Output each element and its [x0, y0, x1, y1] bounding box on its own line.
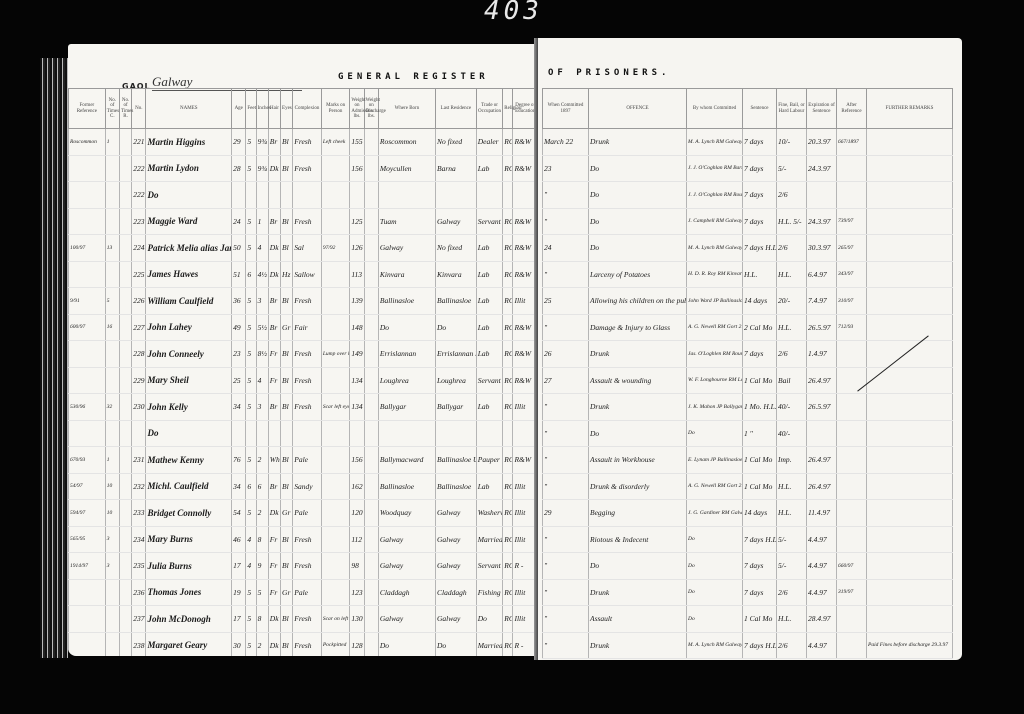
cell-fine: H.L. 5/- [777, 208, 807, 235]
cell-hair: Br [268, 288, 280, 315]
cell-remarks [867, 341, 953, 368]
cell-fine: H.L. [777, 261, 807, 288]
cell-times: 5 [105, 288, 119, 315]
cell-expiration [807, 182, 837, 209]
cell-sentence: 1 Mo. H.L. [743, 394, 777, 421]
cell-empty [119, 500, 131, 527]
cell-eyes [281, 182, 293, 209]
cell-after-ref: 712/93 [837, 314, 867, 341]
cell-times: 3 [105, 526, 119, 553]
cell-residence: Ballinasloe [435, 288, 476, 315]
cell-eyes: Bl [281, 553, 293, 580]
cell-age: 30 [232, 632, 246, 656]
register-row: "Drunk & disorderlyA. G. Newell RM Gort … [543, 473, 953, 500]
cell-after-ref [837, 420, 867, 447]
cell-by-whom: J. J. O'Coghlan RM Barna 4.2.97 [687, 155, 743, 182]
cell-wt-out [364, 261, 378, 288]
register-row: 228John Conneely2358½FrBlFreshLump over … [69, 341, 538, 368]
cell-offence: Assault & wounding [589, 367, 687, 394]
cell-sentence: 7 days [743, 182, 777, 209]
cell-former-ref: 565/95 [69, 526, 106, 553]
cell-religion [503, 420, 513, 447]
cell-expiration: 4.4.97 [807, 553, 837, 580]
cell-committed: 26 [543, 341, 589, 368]
cell-hair: Br [268, 314, 280, 341]
column-header: When Committed 1897 [543, 89, 589, 129]
cell-committed: " [543, 632, 589, 659]
cell-sentence: 1 Cal Mo [743, 606, 777, 633]
cell-sentence: 14 days [743, 500, 777, 527]
cell-after-ref: 660/97 [837, 553, 867, 580]
cell-age: 51 [232, 261, 246, 288]
register-row: 565/953234Mary Burns4648FrBlFresh112Galw… [69, 526, 538, 553]
cell-complexion: Fresh [293, 632, 322, 656]
cell-wt-out [364, 208, 378, 235]
cell-age: 17 [232, 606, 246, 633]
cell-remarks: Paid Fines before discharge 29.3.97 [867, 632, 953, 659]
cell-committed: " [543, 473, 589, 500]
cell-remarks [867, 553, 953, 580]
cell-in: 9 [256, 553, 268, 580]
cell-empty [119, 632, 131, 656]
cell-trade: Dealer [476, 129, 503, 156]
cell-residence: No fixed [435, 235, 476, 262]
cell-offence: Assault [589, 606, 687, 633]
cell-eyes: Bl [281, 473, 293, 500]
cell-marks: 97/92 [321, 235, 350, 262]
cell-marks [321, 261, 350, 288]
cell-age: 49 [232, 314, 246, 341]
cell-residence: Loughrea [435, 367, 476, 394]
cell-trade: Lab [476, 341, 503, 368]
cell-marks [321, 367, 350, 394]
cell-residence: Galway [435, 500, 476, 527]
cell-marks: Lump over left eye [321, 341, 350, 368]
register-row: "Assault in WorkhouseE. Lynam JP Ballina… [543, 447, 953, 474]
cell-ft: 5 [246, 129, 256, 156]
cell-wt-out [364, 288, 378, 315]
cell-marks: Pockpitted [321, 632, 350, 656]
column-header: Inches [256, 89, 268, 129]
cell-eyes: Bl [281, 632, 293, 656]
cell-expiration: 6.4.97 [807, 261, 837, 288]
register-row: 9/915226William Caulfield3653BrBlFresh13… [69, 288, 538, 315]
column-header: Age [232, 89, 246, 129]
cell-committed: " [543, 314, 589, 341]
cell-after-ref: 667/1897 [837, 129, 867, 156]
cell-complexion: Fresh [293, 553, 322, 580]
cell-after-ref [837, 341, 867, 368]
cell-wt-in: 162 [350, 473, 364, 500]
cell-born: Do [378, 632, 435, 656]
column-header: Eyes [281, 89, 293, 129]
column-header: By whom Committed [687, 89, 743, 129]
cell-name: James Hawes [146, 261, 232, 288]
cell-ft [246, 420, 256, 447]
cell-after-ref [837, 367, 867, 394]
cell-in: 8 [256, 526, 268, 553]
cell-sentence: 1 Cal Mo [743, 447, 777, 474]
cell-in: 2 [256, 632, 268, 656]
cell-after-ref [837, 473, 867, 500]
cell-no: 237 [132, 606, 146, 633]
register-row: 222Do [69, 182, 538, 209]
cell-offence: Drunk [589, 129, 687, 156]
cell-empty [119, 553, 131, 580]
register-row: 29BeggingJ. G. Gardiner RM Galway 24.3.9… [543, 500, 953, 527]
cell-former-ref: 1914/97 [69, 553, 106, 580]
cell-religion: RC [503, 261, 513, 288]
register-row: 670/931231Mathew Kenny7652WhiteBlPale156… [69, 447, 538, 474]
register-row: 225James Hawes5164½DkHzSallow113KinvaraK… [69, 261, 538, 288]
cell-times: 3 [105, 553, 119, 580]
register-row: "Damage & Injury to GlassA. G. Newell RM… [543, 314, 953, 341]
cell-born: Errislannan [378, 341, 435, 368]
cell-remarks [867, 182, 953, 209]
cell-eyes: Bl [281, 447, 293, 474]
cell-former-ref [69, 420, 106, 447]
cell-remarks [867, 129, 953, 156]
cell-wt-out [364, 129, 378, 156]
cell-marks: Scar left eye [321, 394, 350, 421]
cell-complexion [293, 182, 322, 209]
cell-born: Galway [378, 553, 435, 580]
cell-former-ref [69, 579, 106, 606]
column-header: FURTHER REMARKS [867, 89, 953, 129]
cell-after-ref: 319/97 [837, 579, 867, 606]
cell-born: Galway [378, 606, 435, 633]
cell-born: Loughrea [378, 367, 435, 394]
cell-religion: RC [503, 473, 513, 500]
cell-remarks [867, 261, 953, 288]
cell-born: Kinvara [378, 261, 435, 288]
cell-in: 9¾ [256, 129, 268, 156]
cell-hair: Dk [268, 606, 280, 633]
cell-hair [268, 420, 280, 447]
column-header: NAMES [146, 89, 232, 129]
cell-age [232, 182, 246, 209]
cell-complexion: Fresh [293, 367, 322, 394]
cell-wt-in: 125 [350, 208, 364, 235]
cell-expiration: 11.4.97 [807, 500, 837, 527]
cell-sentence: 7 days [743, 129, 777, 156]
cell-empty [119, 314, 131, 341]
cell-former-ref: 600/97 [69, 314, 106, 341]
cell-religion: RC [503, 500, 513, 527]
cell-sentence: 7 days [743, 553, 777, 580]
cell-hair: Dk [268, 632, 280, 656]
cell-name: Maggie Ward [146, 208, 232, 235]
cell-ft: 5 [246, 367, 256, 394]
cell-eyes: Bl [281, 606, 293, 633]
cell-sentence: 2 Cal Mo [743, 314, 777, 341]
cell-by-whom: Do [687, 526, 743, 553]
register-row: 1914/973235Julia Burns1749FrBlFresh98Gal… [69, 553, 538, 580]
cell-ft: 5 [246, 579, 256, 606]
cell-trade: Fishing [476, 579, 503, 606]
cell-complexion: Sandy [293, 473, 322, 500]
cell-eyes: Bl [281, 288, 293, 315]
cell-residence: Galway [435, 526, 476, 553]
cell-by-whom: M. A. Lynch RM Galway 22.3.97 [687, 129, 743, 156]
cell-trade: Washerwoman [476, 500, 503, 527]
cell-eyes: Gr [281, 314, 293, 341]
cell-times [105, 155, 119, 182]
cell-ft: 5 [246, 632, 256, 656]
cell-former-ref: 100/97 [69, 235, 106, 262]
register-row: 24DoM. A. Lynch RM Galway 24.3.977 days … [543, 235, 953, 262]
cell-age: 36 [232, 288, 246, 315]
register-row: "DoDo7 days5/-4.4.97660/97 [543, 553, 953, 580]
cell-marks [321, 447, 350, 474]
cell-marks [321, 155, 350, 182]
cell-in: 2 [256, 500, 268, 527]
cell-remarks [867, 606, 953, 633]
cell-after-ref: 343/97 [837, 261, 867, 288]
cell-in: 4½ [256, 261, 268, 288]
cell-empty [119, 394, 131, 421]
cell-name: Julia Burns [146, 553, 232, 580]
cell-remarks [867, 420, 953, 447]
column-header: Marks on Person [321, 89, 350, 129]
cell-trade: Lab [476, 394, 503, 421]
cell-by-whom: M. A. Lynch RM Galway 26.3.97 [687, 632, 743, 659]
cell-former-ref [69, 261, 106, 288]
cell-offence: Drunk [589, 341, 687, 368]
cell-committed: " [543, 579, 589, 606]
cell-times: 32 [105, 394, 119, 421]
cell-eyes: Bl [281, 526, 293, 553]
cell-born: Ballymacward [378, 447, 435, 474]
register-row: "AssaultDo1 Cal MoH.L.28.4.97 [543, 606, 953, 633]
cell-born: Ballygar [378, 394, 435, 421]
cell-born: Galway [378, 235, 435, 262]
cell-wt-out [364, 526, 378, 553]
cell-residence: Ballygar [435, 394, 476, 421]
cell-empty [119, 261, 131, 288]
cell-remarks [867, 526, 953, 553]
cell-fine: 5/- [777, 553, 807, 580]
register-row: 23DoJ. J. O'Coghlan RM Barna 4.2.977 day… [543, 155, 953, 182]
cell-fine: 2/6 [777, 182, 807, 209]
cell-committed: 27 [543, 367, 589, 394]
cell-complexion: Pale [293, 447, 322, 474]
cell-no: 234 [132, 526, 146, 553]
cell-in: 8 [256, 606, 268, 633]
cell-by-whom: M. A. Lynch RM Galway 24.3.97 [687, 235, 743, 262]
cell-ft: 5 [246, 447, 256, 474]
cell-wt-out [364, 367, 378, 394]
cell-age: 17 [232, 553, 246, 580]
column-header: Former Reference [69, 89, 106, 129]
cell-born: Roscommon [378, 129, 435, 156]
register-row: 530/9632230John Kelly3453BrBlFreshScar l… [69, 394, 538, 421]
cell-expiration: 24.3.97 [807, 155, 837, 182]
cell-born: Woodquay [378, 500, 435, 527]
cell-residence: Galway [435, 208, 476, 235]
cell-religion: RC [503, 208, 513, 235]
cell-no: 236 [132, 579, 146, 606]
cell-offence: Assault in Workhouse [589, 447, 687, 474]
cell-trade: Do [476, 606, 503, 633]
cell-expiration: 24.3.97 [807, 208, 837, 235]
cell-times [105, 182, 119, 209]
cell-complexion: Fresh [293, 129, 322, 156]
cell-ft: 6 [246, 473, 256, 500]
cell-fine: 20/- [777, 288, 807, 315]
cell-ft: 4 [246, 526, 256, 553]
cell-eyes: Bl [281, 155, 293, 182]
cell-marks: Scar on left hand [321, 606, 350, 633]
cell-born: Ballinasloe [378, 288, 435, 315]
cell-no [132, 420, 146, 447]
cell-offence: Do [589, 155, 687, 182]
cell-former-ref [69, 341, 106, 368]
cell-hair: Dk [268, 235, 280, 262]
cell-no: 226 [132, 288, 146, 315]
cell-trade: Married [476, 632, 503, 656]
cell-trade: Pauper [476, 447, 503, 474]
cell-empty [119, 235, 131, 262]
cell-marks: Left cheek [321, 129, 350, 156]
cell-name: Bridget Connolly [146, 500, 232, 527]
cell-hair: Dk [268, 155, 280, 182]
cell-in: 4 [256, 367, 268, 394]
cell-after-ref [837, 155, 867, 182]
cell-religion: RC [503, 526, 513, 553]
cell-expiration [807, 420, 837, 447]
cell-by-whom: J. K. Mahon JP Ballygar 2.3.97 [687, 394, 743, 421]
column-header: Sentence [743, 89, 777, 129]
cell-expiration: 26.5.97 [807, 394, 837, 421]
cell-no: 230 [132, 394, 146, 421]
cell-eyes [281, 420, 293, 447]
cell-complexion: Fresh [293, 155, 322, 182]
cell-wt-out [364, 632, 378, 656]
cell-expiration: 20.3.97 [807, 129, 837, 156]
cell-name: Mary Sheil [146, 367, 232, 394]
cell-name: Michl. Caulfield [146, 473, 232, 500]
cell-committed: 24 [543, 235, 589, 262]
cell-by-whom: John Ward JP Ballinasloe 6.3.97 [687, 288, 743, 315]
cell-after-ref [837, 526, 867, 553]
cell-wt-out [364, 341, 378, 368]
column-header: After Reference [837, 89, 867, 129]
cell-eyes: Bl [281, 341, 293, 368]
cell-name: Do [146, 420, 232, 447]
cell-by-whom: J. Campbell RM Galway 23.3.97 [687, 208, 743, 235]
cell-after-ref [837, 182, 867, 209]
cell-residence [435, 420, 476, 447]
cell-no: 222 [132, 182, 146, 209]
cell-empty [119, 367, 131, 394]
cell-expiration: 26.4.97 [807, 367, 837, 394]
cell-residence: Claddagh [435, 579, 476, 606]
cell-complexion: Fresh [293, 394, 322, 421]
cell-after-ref: 310/97 [837, 288, 867, 315]
cell-complexion: Sal [293, 235, 322, 262]
cell-religion: RC [503, 553, 513, 580]
cell-wt-in: 148 [350, 314, 364, 341]
cell-fine: 2/6 [777, 579, 807, 606]
cell-eyes: Bl [281, 129, 293, 156]
cell-ft: 5 [246, 606, 256, 633]
cell-offence: Drunk & disorderly [589, 473, 687, 500]
register-row: "DoJ. Campbell RM Galway 23.3.977 daysH.… [543, 208, 953, 235]
cell-wt-in: 120 [350, 500, 364, 527]
cell-wt-in: 98 [350, 553, 364, 580]
cell-remarks [867, 367, 953, 394]
cell-offence: Begging [589, 500, 687, 527]
cell-hair: Br [268, 208, 280, 235]
cell-times: 10 [105, 473, 119, 500]
cell-remarks [867, 288, 953, 315]
column-header: Expiration of Sentence [807, 89, 837, 129]
cell-sentence: 7 days [743, 155, 777, 182]
cell-fine: Imp. [777, 447, 807, 474]
cell-residence: Ballinasloe [435, 473, 476, 500]
cell-fine: 2/6 [777, 235, 807, 262]
cell-trade: Servant [476, 553, 503, 580]
cell-offence: Do [589, 208, 687, 235]
cell-name: John Lahey [146, 314, 232, 341]
cell-trade: Servant [476, 208, 503, 235]
cell-marks [321, 473, 350, 500]
cell-expiration: 4.4.97 [807, 579, 837, 606]
cell-times: 16 [105, 314, 119, 341]
cell-complexion: Fresh [293, 288, 322, 315]
cell-eyes: Bl [281, 394, 293, 421]
cell-expiration: 26.5.97 [807, 314, 837, 341]
cell-hair: Br [268, 473, 280, 500]
cell-remarks [867, 155, 953, 182]
cell-remarks [867, 314, 953, 341]
cell-fine: H.L. [777, 314, 807, 341]
cell-age: 50 [232, 235, 246, 262]
cell-wt-in: 156 [350, 155, 364, 182]
cell-sentence: 7 days H.L. [743, 632, 777, 659]
column-header: Feet [246, 89, 256, 129]
cell-times [105, 420, 119, 447]
cell-hair: Br [268, 394, 280, 421]
cell-hair: Fr [268, 553, 280, 580]
cell-residence: Do [435, 314, 476, 341]
cell-fine: 5/- [777, 155, 807, 182]
cell-wt-out [364, 155, 378, 182]
cell-religion: RC [503, 632, 513, 656]
cell-residence: Ballinasloe Union [435, 447, 476, 474]
cell-marks [321, 553, 350, 580]
cell-remarks [867, 473, 953, 500]
cell-religion: RC [503, 579, 513, 606]
cell-offence: Drunk [589, 394, 687, 421]
cell-former-ref [69, 606, 106, 633]
column-header: Trade or Occupation [476, 89, 503, 129]
cell-former-ref: 530/96 [69, 394, 106, 421]
cell-marks [321, 208, 350, 235]
cell-age [232, 420, 246, 447]
cell-age: 54 [232, 500, 246, 527]
cell-name: John Kelly [146, 394, 232, 421]
cell-offence: Do [589, 235, 687, 262]
cell-complexion: Fresh [293, 341, 322, 368]
column-header: Religion [503, 89, 513, 129]
column-header: Hair [268, 89, 280, 129]
register-book: GAOL Galway GENERAL REGISTER Former Refe… [40, 38, 962, 666]
cell-name: Patrick Melia alias James Melia [146, 235, 232, 262]
cell-religion: RC [503, 447, 513, 474]
cell-after-ref [837, 394, 867, 421]
